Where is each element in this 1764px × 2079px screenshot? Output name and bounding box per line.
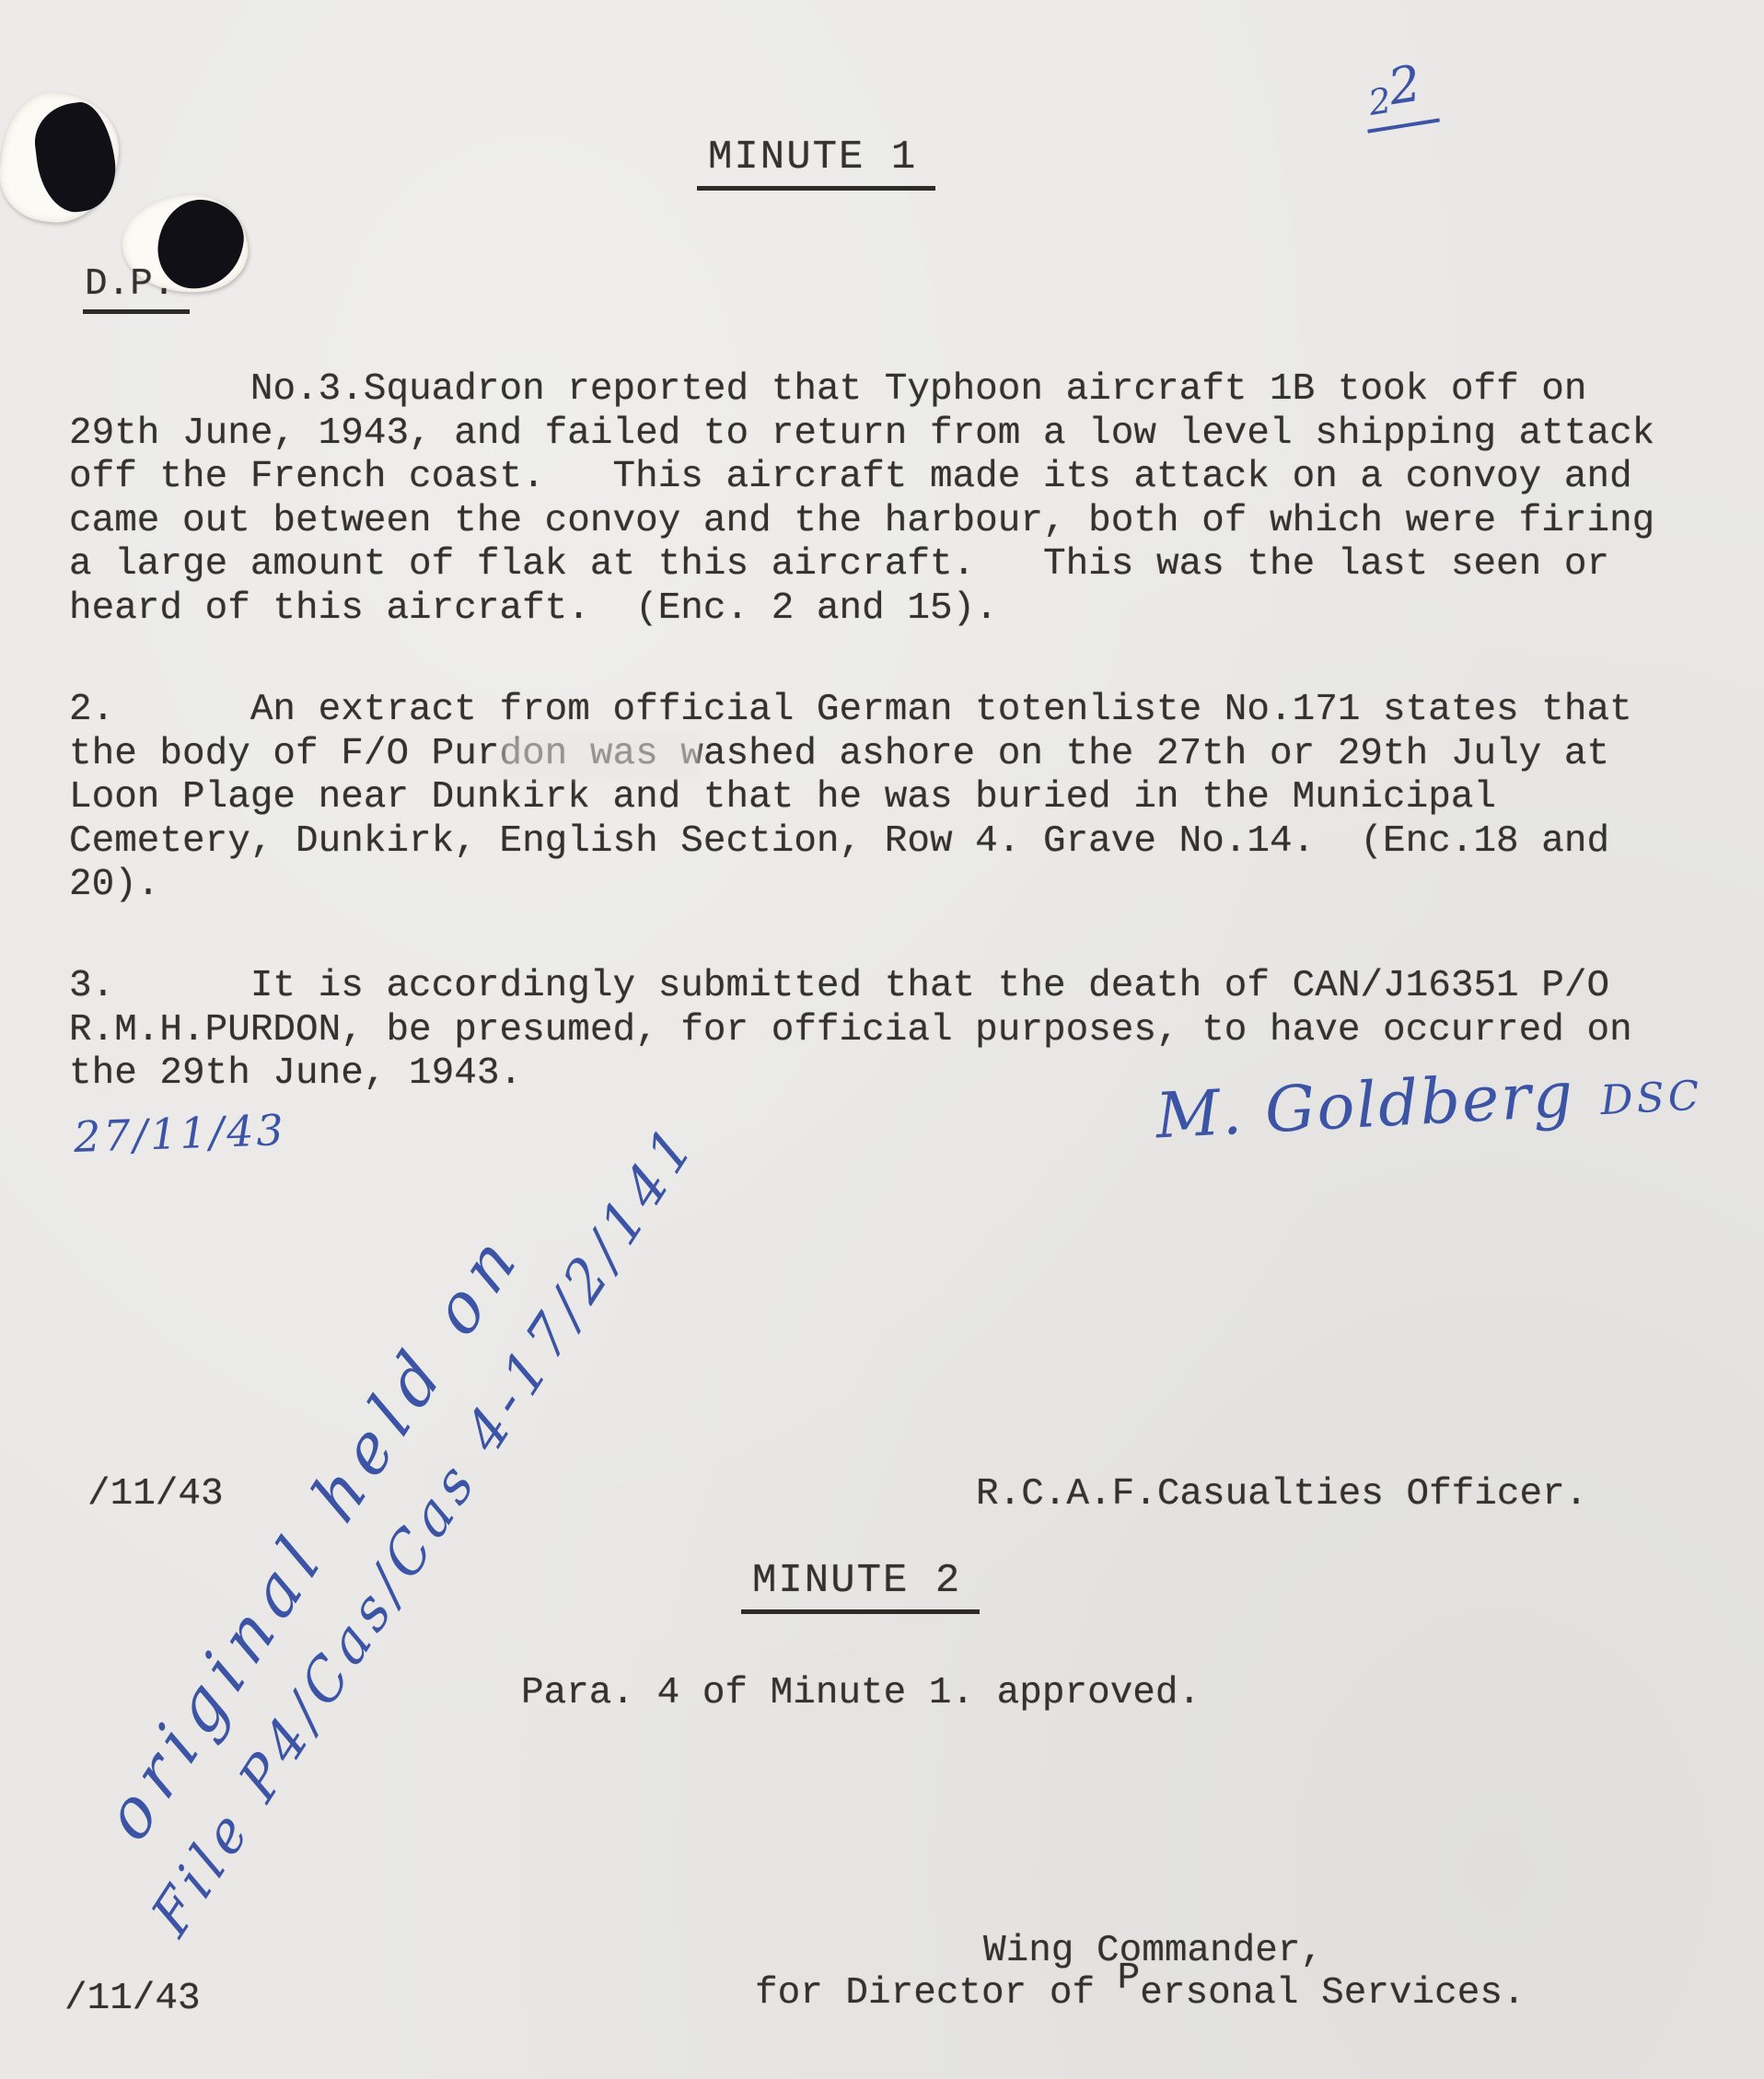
handwritten-page-number: 22: [1358, 59, 1439, 133]
minute1-paragraph-2: 2. An extract from official German toten…: [69, 689, 1632, 908]
signature-suffix: DSC: [1599, 1072, 1704, 1124]
handwritten-date: 27/11/43: [73, 1105, 286, 1162]
minute1-title: MINUTE 1: [697, 134, 935, 191]
minute2-title: MINUTE 2: [741, 1558, 980, 1614]
minute1-signatory-title: R.C.A.F.Casualties Officer.: [976, 1473, 1587, 1517]
document-scan-page: 22 MINUTE 1 D.P. No.3.Squadron reported …: [0, 0, 1764, 2079]
signoff-pre: for Director of: [755, 1972, 1118, 2015]
ink-smudge: [502, 735, 700, 779]
signoff-post: ersonal Services.: [1140, 1972, 1525, 2015]
addressee: D.P.: [83, 263, 190, 314]
minute2-body: Para. 4 of Minute 1. approved.: [521, 1672, 1201, 1716]
minute2-rank-line: Wing Commander,: [983, 1930, 1323, 1974]
minute1-paragraph-1: No.3.Squadron reported that Typhoon airc…: [69, 368, 1654, 631]
signoff-raised-letter: P: [1118, 1957, 1141, 2000]
minute1-date-typed: /11/43: [87, 1473, 224, 1517]
diagonal-note-line2: File P4/Cas/Cas 4-17/2/141: [140, 1109, 709, 1948]
minute2-signoff-line: for Director of Personal Services.: [755, 1972, 1526, 2016]
minute2-date-typed: /11/43: [64, 1978, 201, 2022]
